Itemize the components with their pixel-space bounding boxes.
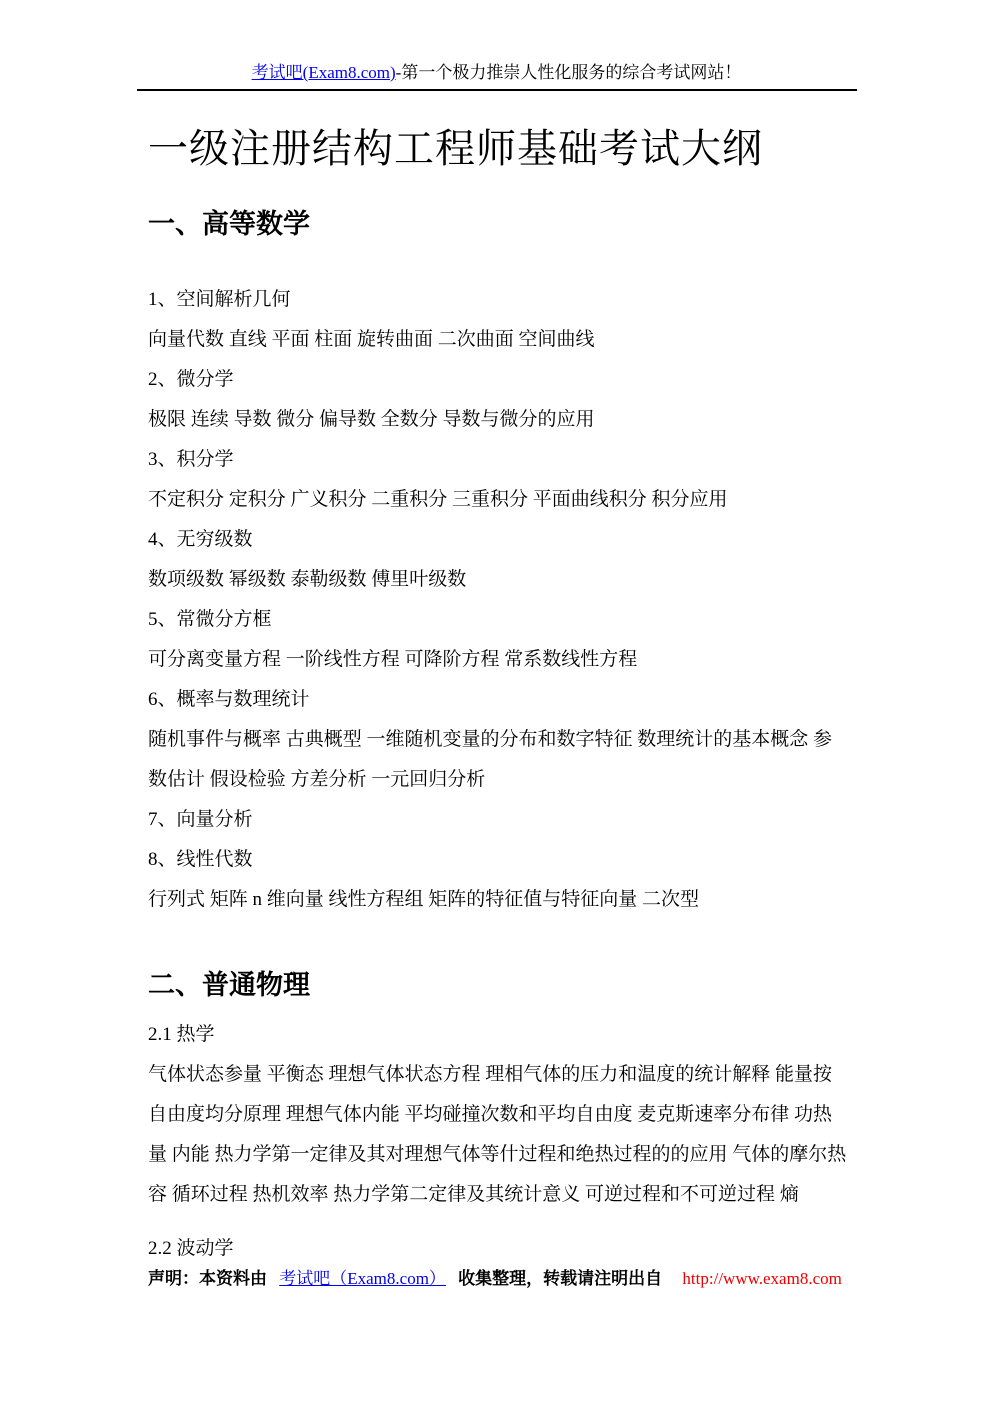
item-label: 4、无穷级数 <box>148 520 848 560</box>
item-label: 7、向量分析 <box>148 800 848 840</box>
page-header: 考试吧(Exam8.com)-第一个极力推崇人性化服务的综合考试网站！ <box>0 0 993 91</box>
item-desc: 随机事件与概率 古典概型 一维随机变量的分布和数字特征 数理统计的基本概念 参数… <box>148 720 848 800</box>
footer-statement-middle: 收集整理，转载请注明出自 <box>458 1269 662 1288</box>
header-tagline: -第一个极力推崇人性化服务的综合考试网站！ <box>396 63 742 82</box>
section-physics-items: 2.1 热学 气体状态参量 平衡态 理想气体状态方程 理相气体的压力和温度的统计… <box>148 1015 848 1269</box>
item-label: 1、空间解析几何 <box>148 280 848 320</box>
item-desc: 可分离变量方程 一阶线性方程 可降阶方程 常系数线性方程 <box>148 640 848 680</box>
section-math-items: 1、空间解析几何 向量代数 直线 平面 柱面 旋转曲面 二次曲面 空间曲线 2、… <box>148 280 848 920</box>
item-label: 6、概率与数理统计 <box>148 680 848 720</box>
item-label: 2.2 波动学 <box>148 1229 848 1269</box>
header-banner: 考试吧(Exam8.com)-第一个极力推崇人性化服务的综合考试网站！ <box>137 58 857 91</box>
exam8-url-link[interactable]: http://www.exam8.com <box>682 1269 841 1288</box>
item-label: 2.1 热学 <box>148 1015 848 1055</box>
exam8-header-link[interactable]: 考试吧(Exam8.com) <box>252 63 396 82</box>
item-desc: 不定积分 定积分 广义积分 二重积分 三重积分 平面曲线积分 积分应用 <box>148 480 848 520</box>
item-label: 5、常微分方框 <box>148 600 848 640</box>
document-title: 一级注册结构工程师基础考试大纲 <box>148 125 848 173</box>
item-desc: 数项级数 幂级数 泰勒级数 傅里叶级数 <box>148 560 848 600</box>
exam8-footer-link[interactable]: 考试吧（Exam8.com） <box>279 1269 446 1288</box>
document-content: 一级注册结构工程师基础考试大纲 一、高等数学 1、空间解析几何 向量代数 直线 … <box>148 125 848 1269</box>
section-heading-math: 一、高等数学 <box>148 209 848 240</box>
footer-statement-prefix: 声明：本资料由 <box>148 1269 267 1288</box>
section-heading-physics: 二、普通物理 <box>148 970 848 1001</box>
item-desc: 极限 连续 导数 微分 偏导数 全数分 导数与微分的应用 <box>148 400 848 440</box>
item-label: 3、积分学 <box>148 440 848 480</box>
document-page: 考试吧(Exam8.com)-第一个极力推崇人性化服务的综合考试网站！ 一级注册… <box>0 0 993 1404</box>
item-desc: 气体状态参量 平衡态 理想气体状态方程 理相气体的压力和温度的统计解释 能量按自… <box>148 1055 848 1215</box>
item-label: 2、微分学 <box>148 360 848 400</box>
item-label: 8、线性代数 <box>148 840 848 880</box>
item-desc: 行列式 矩阵 n 维向量 线性方程组 矩阵的特征值与特征向量 二次型 <box>148 880 848 920</box>
item-desc: 向量代数 直线 平面 柱面 旋转曲面 二次曲面 空间曲线 <box>148 320 848 360</box>
page-footer: 声明：本资料由 考试吧（Exam8.com） 收集整理，转载请注明出自 http… <box>148 1264 908 1289</box>
